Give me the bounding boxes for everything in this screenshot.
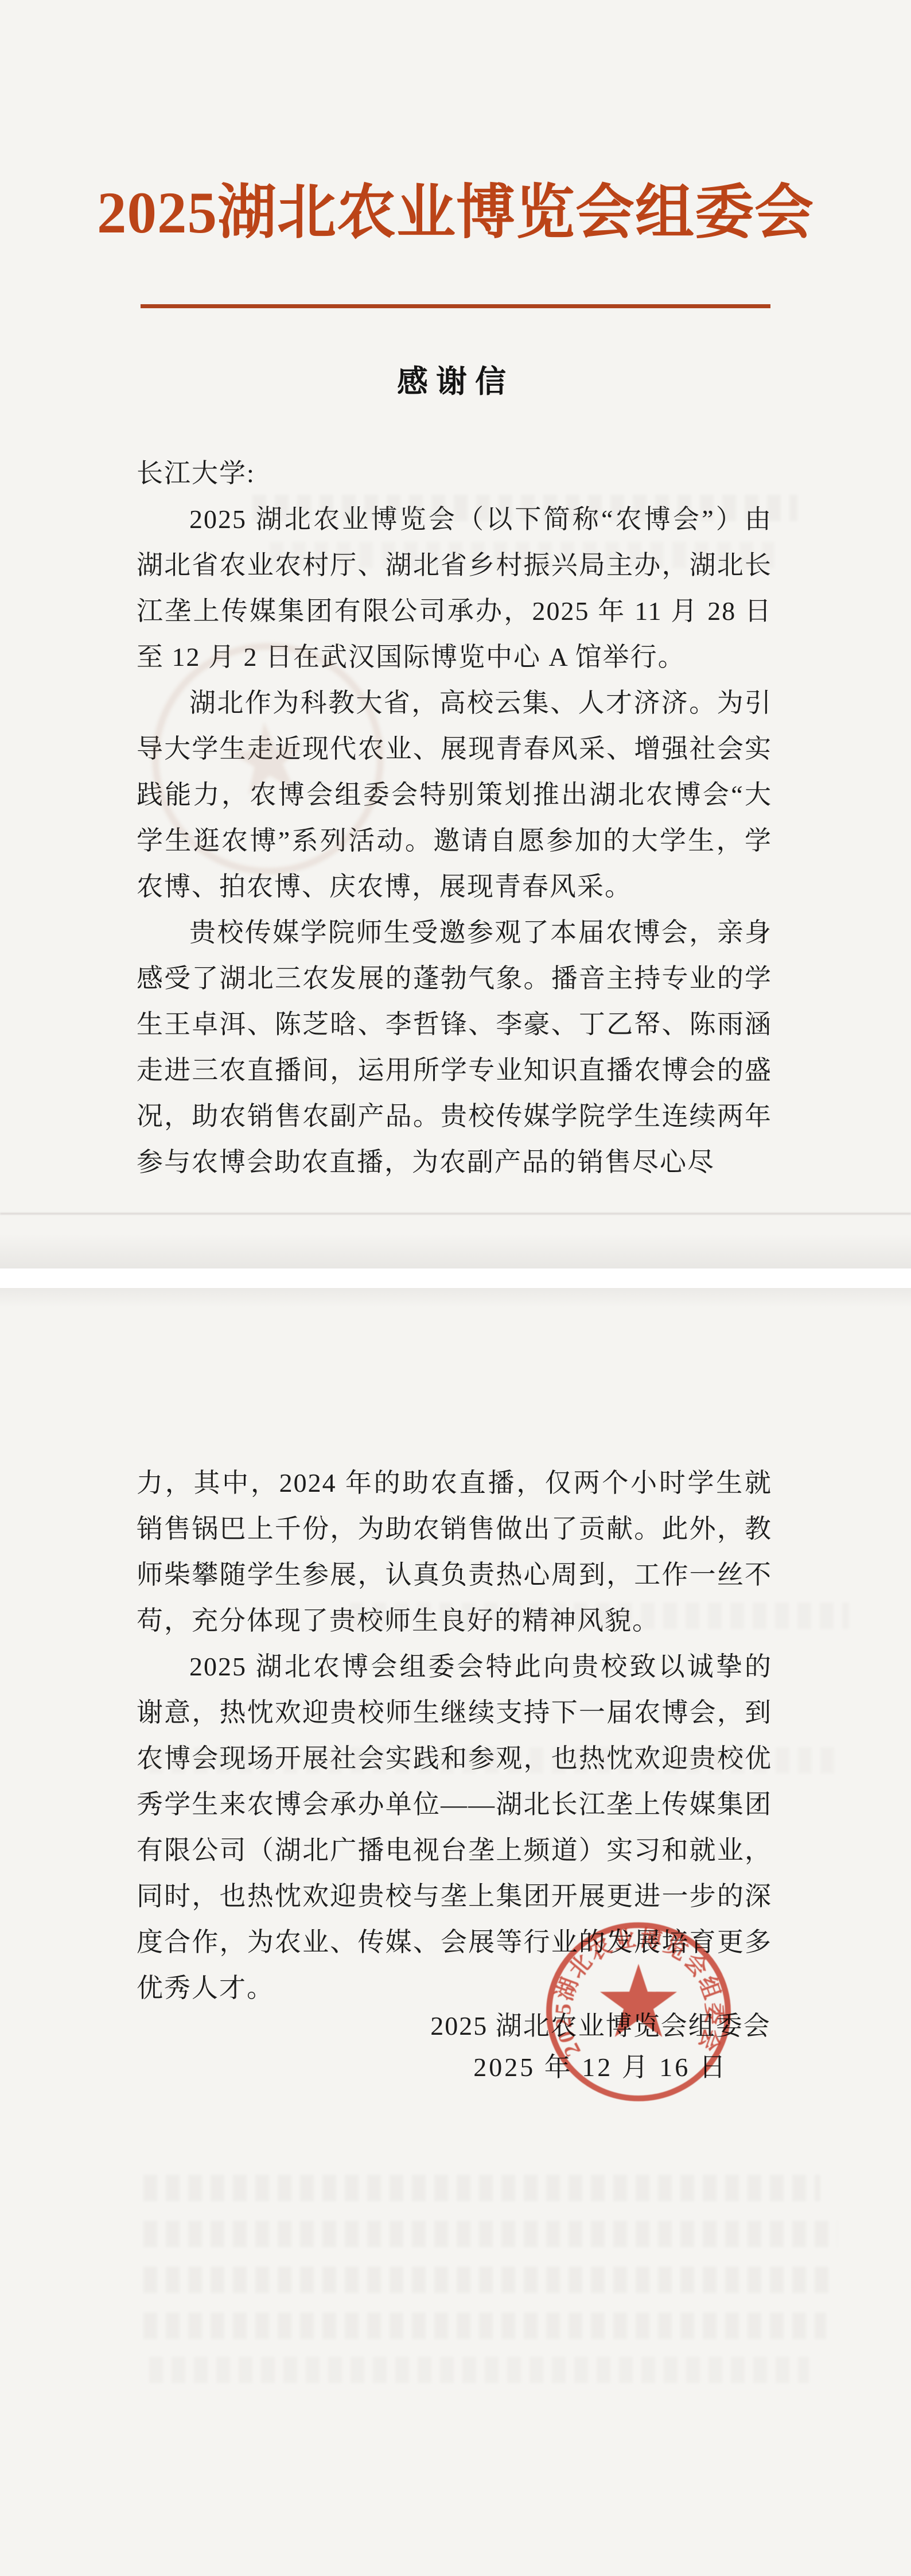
paper-crease — [0, 1213, 911, 1215]
scanned-letter: 2025湖北农业博览会组委会 感谢信 长江大学: 2025 湖北农业博览会（以下… — [0, 0, 911, 2576]
letterhead-title: 2025湖北农业博览会组委会 — [69, 170, 842, 256]
signature-block: 2025 湖北农业博览会组委会 2025 年 12 月 16 日 — [411, 2005, 790, 2088]
bleed-through-ghost — [143, 2267, 832, 2293]
letter-body-page2: 力，其中，2024 年的助农直播，仅两个小时学生就销售锅巴上千份，为助农销售做出… — [137, 1288, 772, 2011]
bleed-through-ghost — [143, 2221, 838, 2247]
page-gap — [0, 1268, 911, 1288]
page-1: 2025湖北农业博览会组委会 感谢信 长江大学: 2025 湖北农业博览会（以下… — [0, 0, 911, 1268]
paragraph-3: 贵校传媒学院师生受邀参观了本届农博会，亲身感受了湖北三农发展的蓬勃气象。播音主持… — [137, 910, 772, 1185]
bleed-through-ghost — [143, 2175, 820, 2201]
paragraph-4-continuation: 力，其中，2024 年的助农直播，仅两个小时学生就销售锅巴上千份，为助农销售做出… — [137, 1460, 772, 1644]
bleed-through-ghost — [149, 2357, 809, 2383]
paragraph-1: 2025 湖北农业博览会（以下简称“农博会”）由湖北省农业农村厅、湖北省乡村振兴… — [137, 496, 772, 680]
paragraph-5: 2025 湖北农博会组委会特此向贵校致以诚挚的谢意，热忱欢迎贵校师生继续支持下一… — [137, 1644, 772, 2011]
signature-line: 2025 湖北农业博览会组委会 — [411, 2005, 790, 2047]
letter-body-page1: 长江大学: 2025 湖北农业博览会（以下简称“农博会”）由湖北省农业农村厅、湖… — [137, 451, 772, 1185]
date-line: 2025 年 12 月 16 日 — [411, 2047, 790, 2088]
page-2: 力，其中，2024 年的助农直播，仅两个小时学生就销售锅巴上千份，为助农销售做出… — [0, 1288, 911, 2576]
letter-heading: 感谢信 — [0, 363, 911, 400]
letterhead-rule — [141, 304, 770, 308]
paragraph-2: 湖北作为科教大省，高校云集、人才济济。为引导大学生走近现代农业、展现青春风采、增… — [137, 680, 772, 910]
salutation: 长江大学: — [137, 451, 772, 496]
bleed-through-ghost — [143, 2313, 826, 2339]
